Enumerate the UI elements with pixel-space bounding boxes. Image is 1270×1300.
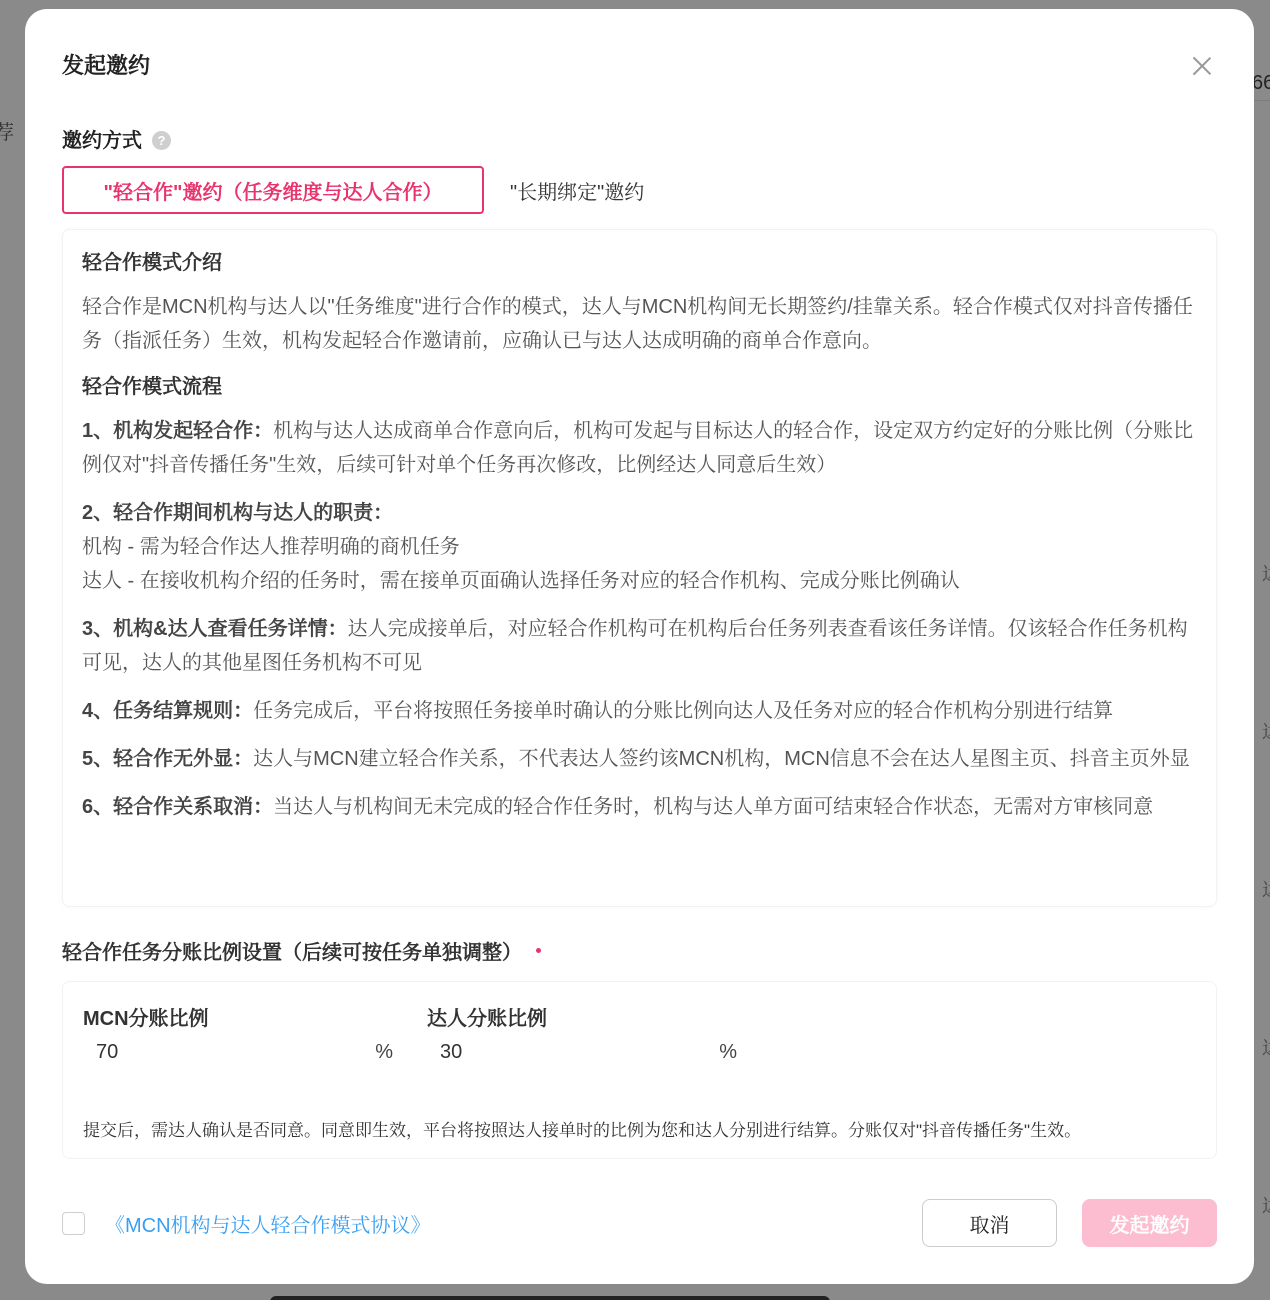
agreement-row: 《MCN机构与达人轻合作模式协议》 [62, 1209, 431, 1238]
step-text: 达人 - 在接收机构介绍的任务时，需在接单页面确认选择任务对应的轻合作机构、完成… [82, 564, 1198, 598]
ratio-title-text: 轻合作任务分账比例设置（后续可按任务单独调整） [62, 942, 522, 964]
step-title: 1、机构发起轻合作： [82, 420, 273, 442]
invite-method-label: 邀约方式 ? [62, 124, 171, 153]
cancel-button[interactable]: 取消 [922, 1199, 1057, 1247]
step-text: 当达人与机构间无未完成的轻合作任务时，机构与达人单方面可结束轻合作状态，无需对方… [273, 796, 1153, 818]
background-page-text: 达 [1262, 718, 1270, 744]
talent-ratio-label: 达人分账比例 [427, 1004, 547, 1034]
step-text: 达人与MCN建立轻合作关系，不代表达人签约该MCN机构，MCN信息不会在达人星图… [253, 748, 1190, 770]
flow-title: 轻合作模式流程 [82, 372, 1198, 402]
talent-ratio-field: % [427, 1032, 737, 1072]
flow-step-6: 6、轻合作关系取消：当达人与机构间无未完成的轻合作任务时，机构与达人单方面可结束… [82, 790, 1198, 824]
background-page-text: 达 [1262, 1034, 1270, 1060]
submit-invite-button[interactable]: 发起邀约 [1082, 1199, 1217, 1247]
percent-unit: % [375, 1041, 393, 1064]
step-title: 4、任务结算规则： [82, 700, 253, 722]
invite-method-label-text: 邀约方式 [62, 124, 142, 153]
modal-title: 发起邀约 [62, 49, 150, 80]
agreement-checkbox[interactable] [62, 1212, 85, 1235]
step-title: 2、轻合作期间机构与达人的职责： [82, 502, 393, 524]
background-page-number: 66 [1252, 72, 1270, 95]
step-title: 3、机构&达人查看任务详情： [82, 618, 348, 640]
background-divider [1254, 100, 1270, 101]
mcn-ratio-label: MCN分账比例 [83, 1004, 209, 1034]
tab-long-term-binding[interactable]: "长期绑定"邀约 [510, 166, 670, 214]
close-icon[interactable] [1187, 51, 1217, 81]
step-title: 6、轻合作关系取消： [82, 796, 273, 818]
flow-step-1: 1、机构发起轻合作：机构与达人达成商单合作意向后，机构可发起与目标达人的轻合作，… [82, 414, 1198, 482]
step-text: 机构 - 需为轻合作达人推荐明确的商机任务 [82, 530, 1198, 564]
invite-modal: 发起邀约 邀约方式 ? "轻合作"邀约（任务维度与达人合作） "长期绑定"邀约 … [25, 9, 1254, 1284]
flow-step-5: 5、轻合作无外显：达人与MCN建立轻合作关系，不代表达人签约该MCN机构，MCN… [82, 742, 1198, 776]
mcn-ratio-group: MCN分账比例 [83, 1004, 209, 1034]
background-page-text: 达 [1262, 560, 1270, 586]
intro-panel: 轻合作模式介绍 轻合作是MCN机构与达人以"任务维度"进行合作的模式，达人与MC… [62, 229, 1217, 907]
talent-ratio-input[interactable] [427, 1034, 687, 1070]
talent-ratio-group: 达人分账比例 [427, 1004, 547, 1034]
step-text: 任务完成后，平台将按照任务接单时确认的分账比例向达人及任务对应的轻合作机构分别进… [253, 700, 1113, 722]
intro-title: 轻合作模式介绍 [82, 248, 1198, 278]
ratio-panel: MCN分账比例 % 达人分账比例 % 提交后，需达人确认是否同意。同意即生效，平… [62, 981, 1217, 1159]
flow-step-4: 4、任务结算规则：任务完成后，平台将按照任务接单时确认的分账比例向达人及任务对应… [82, 694, 1198, 728]
intro-text: 轻合作是MCN机构与达人以"任务维度"进行合作的模式，达人与MCN机构间无长期签… [82, 290, 1198, 358]
flow-step-3: 3、机构&达人查看任务详情：达人完成接单后，对应轻合作机构可在机构后台任务列表查… [82, 612, 1198, 680]
ratio-note: 提交后，需达人确认是否同意。同意即生效，平台将按照达人接单时的比例为您和达人分别… [83, 1116, 1081, 1141]
background-page-text: 达 [1262, 876, 1270, 902]
background-page-text: 荐 [0, 116, 14, 145]
background-bar [270, 1296, 830, 1300]
background-page-text: 达 [1262, 1192, 1270, 1218]
mcn-ratio-field: % [83, 1032, 393, 1072]
percent-unit: % [719, 1041, 737, 1064]
ratio-section-title: 轻合作任务分账比例设置（后续可按任务单独调整） [62, 936, 541, 965]
required-indicator [536, 948, 541, 953]
mcn-ratio-input[interactable] [83, 1034, 343, 1070]
flow-step-2: 2、轻合作期间机构与达人的职责： 机构 - 需为轻合作达人推荐明确的商机任务 达… [82, 496, 1198, 598]
agreement-link[interactable]: 《MCN机构与达人轻合作模式协议》 [105, 1209, 431, 1238]
step-title: 5、轻合作无外显： [82, 748, 253, 770]
tab-light-cooperation[interactable]: "轻合作"邀约（任务维度与达人合作） [62, 166, 484, 214]
help-icon[interactable]: ? [152, 131, 171, 150]
